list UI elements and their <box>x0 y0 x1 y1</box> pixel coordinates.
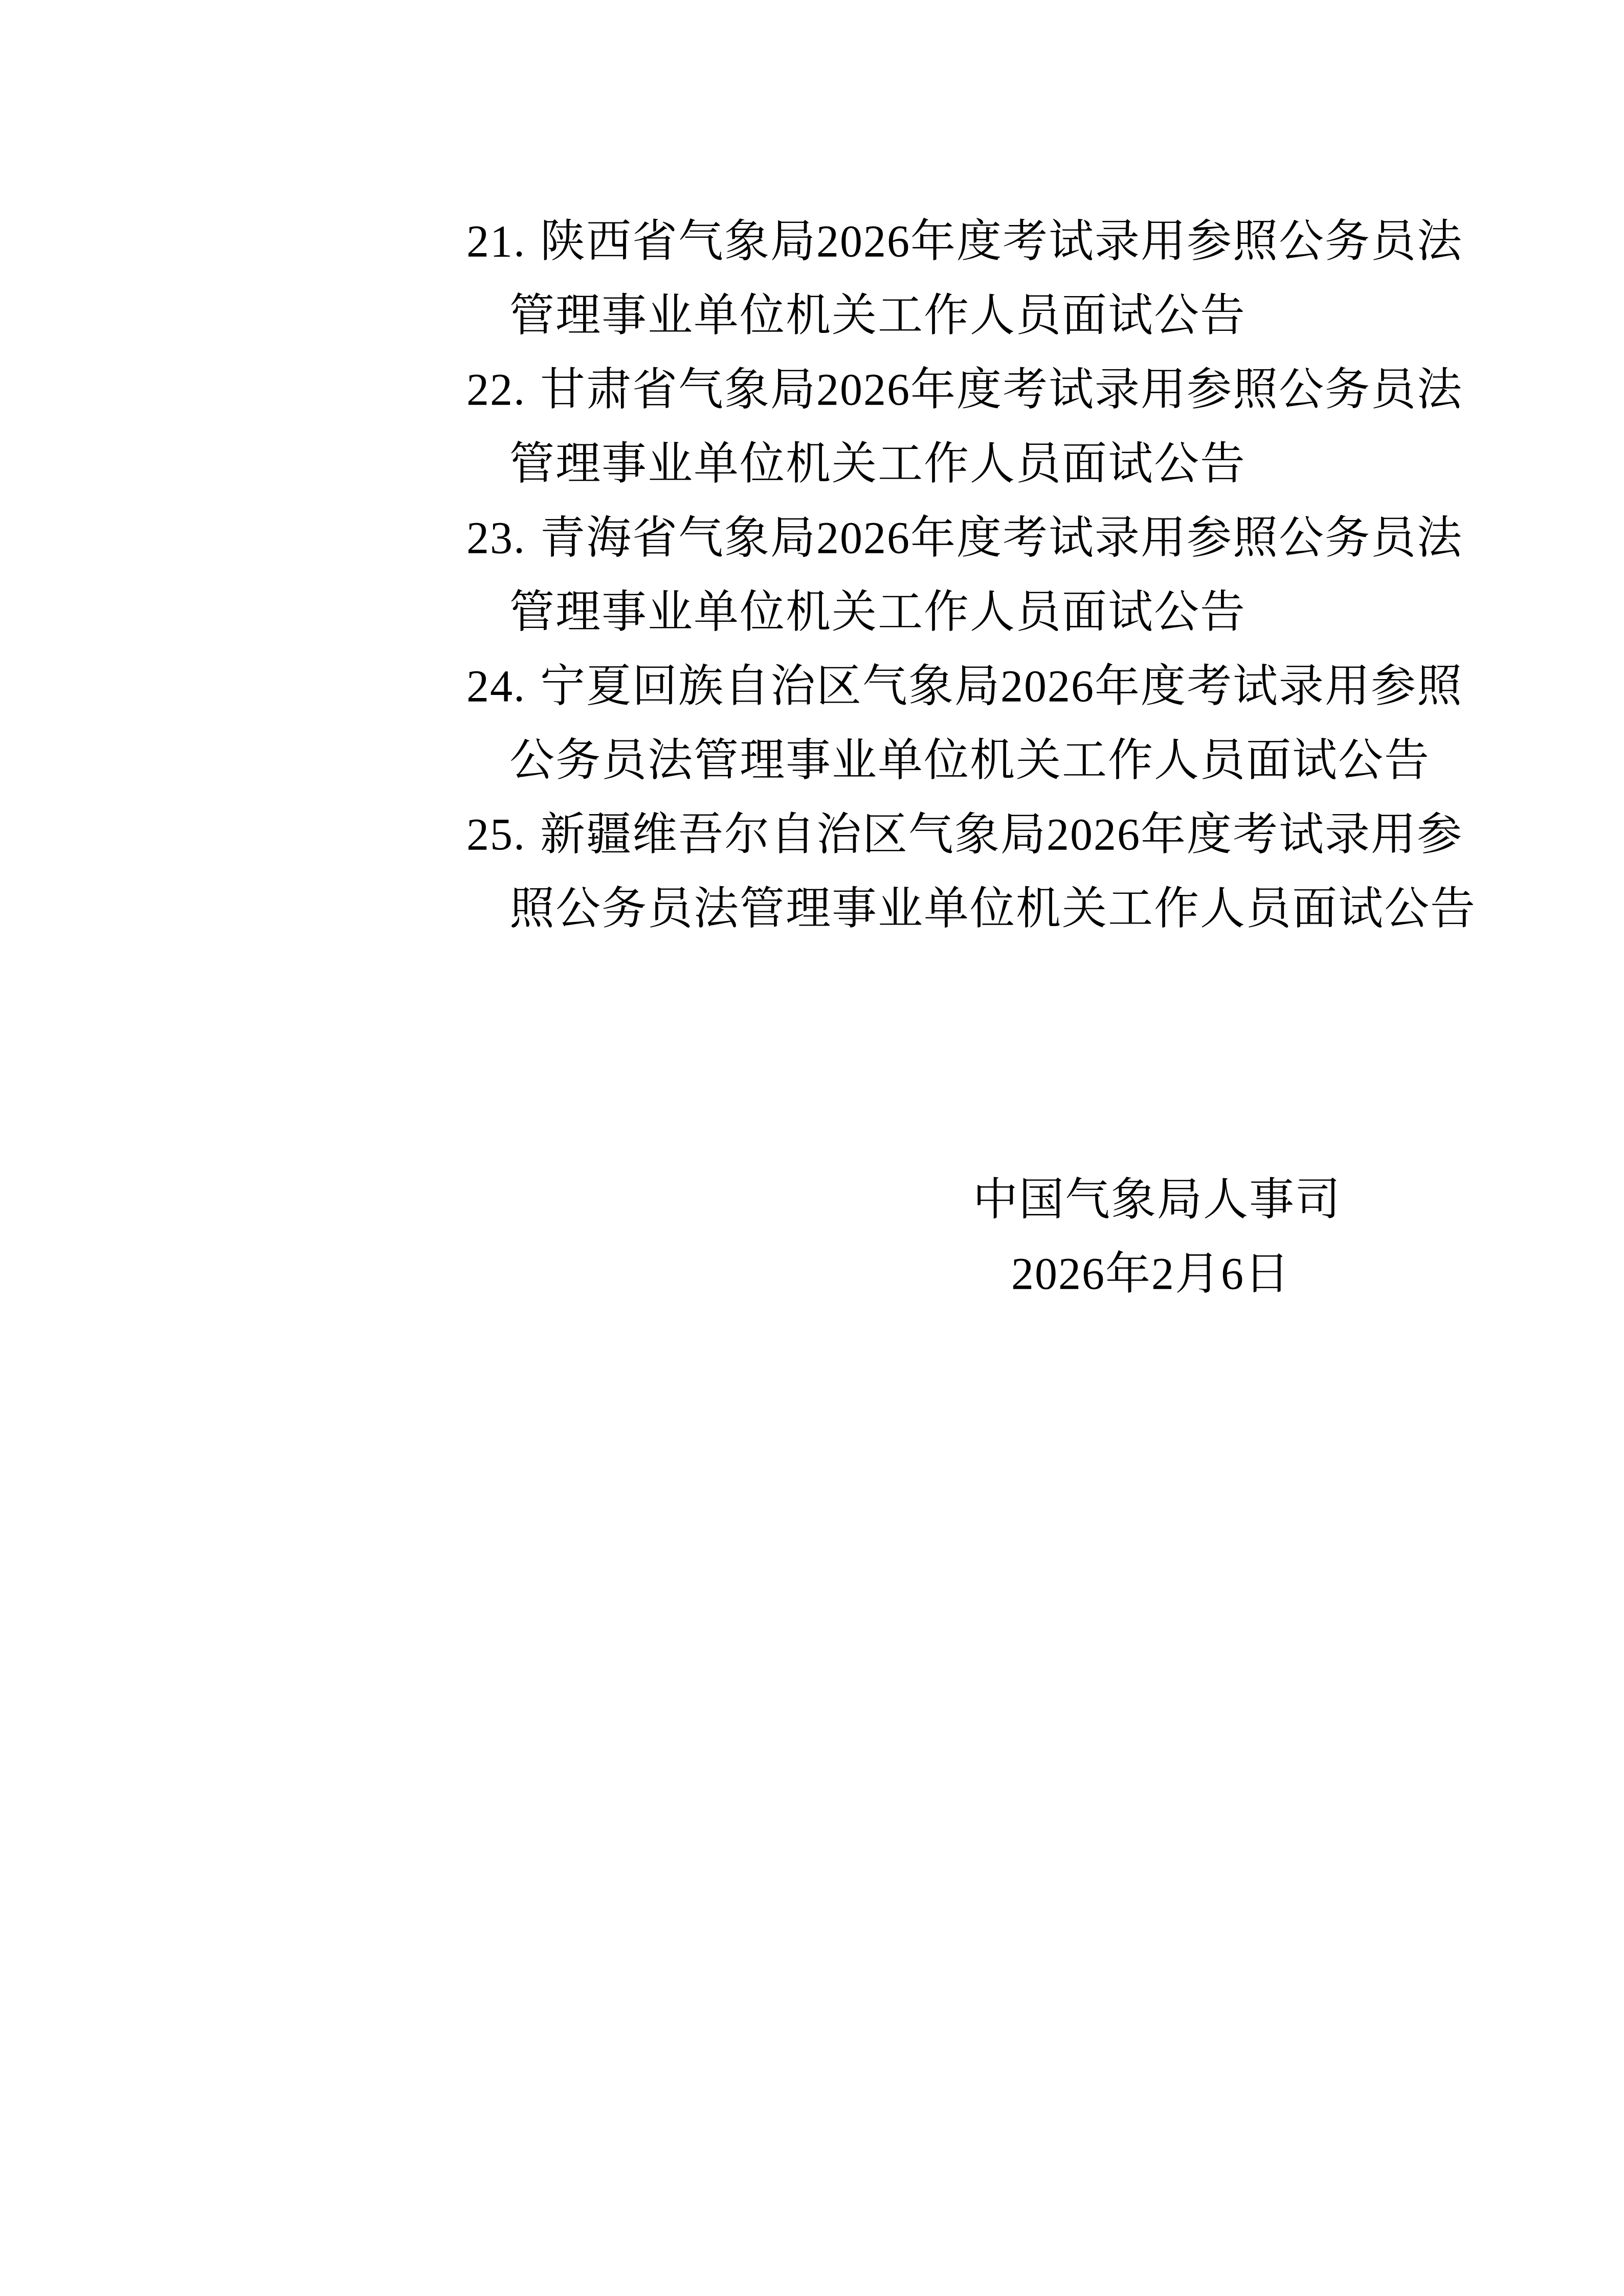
list-item-24-number: 24. <box>466 649 526 724</box>
document-page: 21.陕西省气象局2026年度考试录用参照公务员法 管理事业单位机关工作人员面试… <box>0 0 1624 2296</box>
list-item-23-line-1: 23.青海省气象局2026年度考试录用参照公务员法 <box>466 501 1463 575</box>
list-item-25-line-2: 照公务员法管理事业单位机关工作人员面试公告 <box>509 872 1476 946</box>
list-item-21-line-1: 21.陕西省气象局2026年度考试录用参照公务员法 <box>466 205 1463 279</box>
list-item-24-text: 宁夏回族自治区气象局2026年度考试录用参照 <box>540 662 1463 711</box>
list-item-25-number: 25. <box>466 798 526 872</box>
list-item-22-line-2: 管理事业单位机关工作人员面试公告 <box>509 427 1246 501</box>
list-item-25-text: 新疆维吾尔自治区气象局2026年度考试录用参 <box>540 810 1463 860</box>
list-item-23-line-2: 管理事业单位机关工作人员面试公告 <box>509 575 1246 649</box>
list-item-23-number: 23. <box>466 501 526 575</box>
list-item-21-text: 陕西省气象局2026年度考试录用参照公务员法 <box>540 217 1463 266</box>
list-item-22-text: 甘肃省气象局2026年度考试录用参照公务员法 <box>540 365 1463 415</box>
list-item-25-line-1: 25.新疆维吾尔自治区气象局2026年度考试录用参 <box>466 798 1463 872</box>
list-item-24-line-1: 24.宁夏回族自治区气象局2026年度考试录用参照 <box>466 649 1463 724</box>
list-item-24-line-2: 公务员法管理事业单位机关工作人员面试公告 <box>509 724 1430 798</box>
list-item-23-text: 青海省气象局2026年度考试录用参照公务员法 <box>540 513 1463 563</box>
signature-date: 2026年2月6日 <box>1011 1237 1291 1311</box>
signature-organization: 中国气象局人事司 <box>973 1163 1341 1237</box>
list-item-21-number: 21. <box>466 205 526 279</box>
list-item-21-line-2: 管理事业单位机关工作人员面试公告 <box>509 279 1246 353</box>
list-item-22-number: 22. <box>466 353 526 427</box>
list-item-22-line-1: 22.甘肃省气象局2026年度考试录用参照公务员法 <box>466 353 1463 427</box>
